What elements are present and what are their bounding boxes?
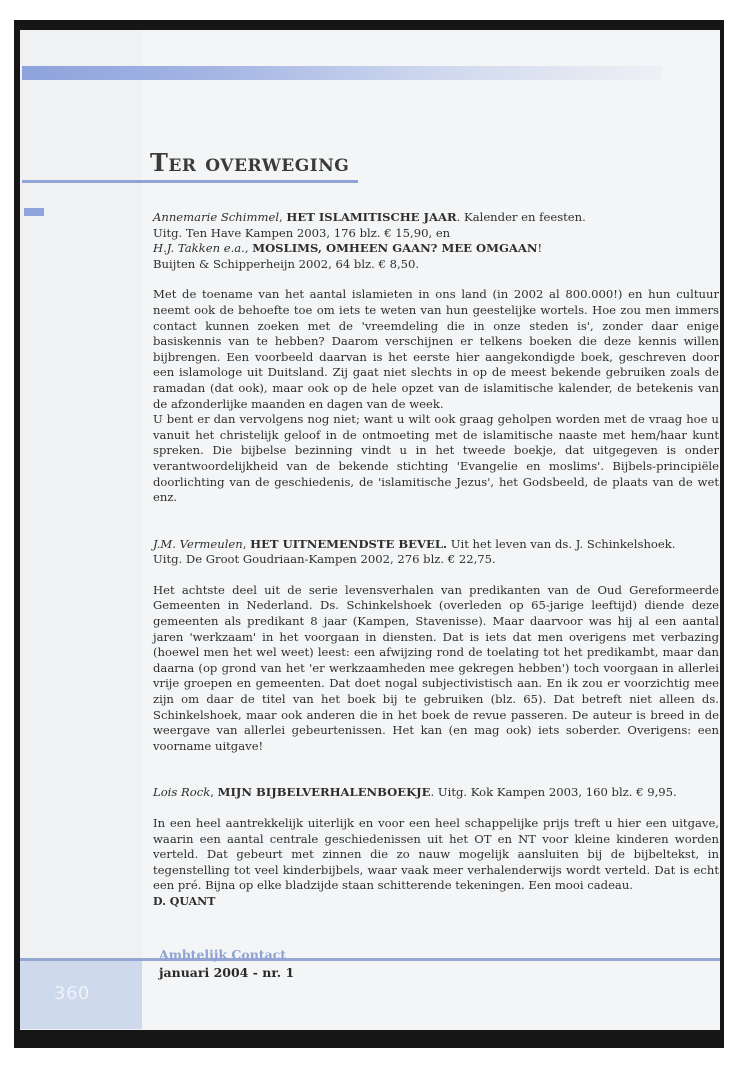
page: Ter overweging Annemarie Schimmel, HET I…: [20, 30, 720, 1030]
book-author: H.J. Takken e.a.: [153, 241, 245, 255]
book-author: Lois Rock: [153, 785, 210, 799]
book-title: HET UITNEMENDSTE BEVEL.: [250, 537, 447, 551]
book-subtitle: . Uitg. Kok Kampen 2003, 160 blz. € 9,95…: [430, 785, 676, 799]
journal-name: Ambtelijk Contact: [159, 946, 294, 964]
review-bijbelverhalenboekje: Lois Rock, MIJN BIJBELVERHALENBOEKJE. Ui…: [153, 785, 719, 909]
issue-label: januari 2004 - nr. 1: [159, 964, 294, 982]
book-subtitle: !: [537, 241, 542, 255]
page-title: Ter overweging: [150, 148, 349, 177]
book-subtitle: . Kalender en feesten.: [457, 210, 586, 224]
page-number: 360: [54, 983, 90, 1004]
book-author: Annemarie Schimmel: [153, 210, 279, 224]
footer-masthead: Ambtelijk Contact januari 2004 - nr. 1: [159, 946, 294, 982]
citation-line: Lois Rock, MIJN BIJBELVERHALENBOEKJE. Ui…: [153, 785, 719, 801]
separator: ,: [210, 785, 217, 799]
book-title: MOSLIMS, OMHEEN GAAN? MEE OMGAAN: [252, 241, 537, 255]
review-paragraph: Het achtste deel uit de serie levensverh…: [153, 583, 719, 755]
review-uitnemendste-bevel: J.M. Vermeulen, HET UITNEMENDSTE BEVEL. …: [153, 537, 719, 755]
book-title: MIJN BIJBELVERHALENBOEKJE: [218, 785, 431, 799]
title-underline: [22, 180, 358, 183]
citation-line: H.J. Takken e.a., MOSLIMS, OMHEEN GAAN? …: [153, 241, 719, 257]
reviewer-signature: D. QUANT: [153, 894, 719, 910]
citation-line: J.M. Vermeulen, HET UITNEMENDSTE BEVEL. …: [153, 537, 719, 553]
citation-line: Annemarie Schimmel, HET ISLAMITISCHE JAA…: [153, 210, 719, 226]
book-subtitle: Uit het leven van ds. J. Schinkelshoek.: [447, 537, 675, 551]
book-title: HET ISLAMITISCHE JAAR: [286, 210, 456, 224]
book-author: J.M. Vermeulen: [153, 537, 243, 551]
publisher-line: Buijten & Schipperheijn 2002, 64 blz. € …: [153, 257, 719, 273]
review-paragraph: In een heel aantrekkelijk uiterlijk en v…: [153, 816, 719, 894]
review-paragraph: Met de toename van het aantal islamieten…: [153, 287, 719, 412]
top-decorative-band: [22, 66, 662, 80]
article-body: Annemarie Schimmel, HET ISLAMITISCHE JAA…: [153, 210, 719, 910]
review-islam-books: Annemarie Schimmel, HET ISLAMITISCHE JAA…: [153, 210, 719, 506]
side-marker: [24, 208, 44, 216]
publisher-line: Uitg. Ten Have Kampen 2003, 176 blz. € 1…: [153, 226, 719, 242]
page-number-block: 360: [20, 961, 142, 1029]
review-paragraph: U bent er dan vervolgens nog niet; want …: [153, 412, 719, 506]
publisher-line: Uitg. De Groot Goudriaan-Kampen 2002, 27…: [153, 552, 719, 568]
